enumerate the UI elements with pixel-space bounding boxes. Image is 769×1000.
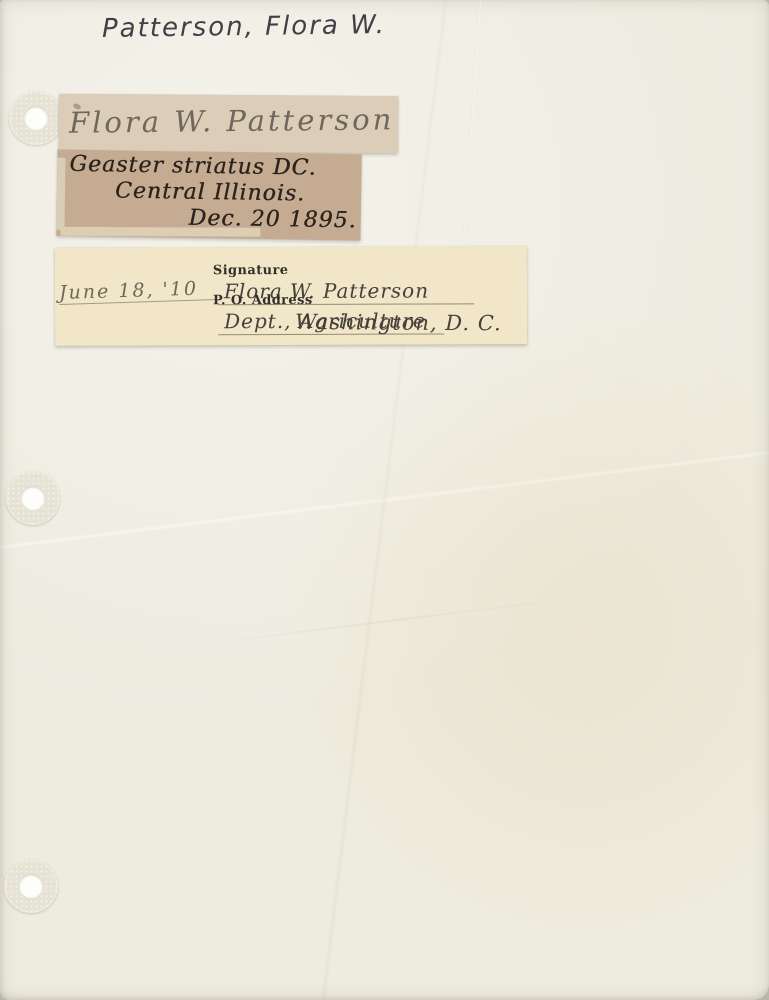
- hole-punch-reinforcement-top: [9, 91, 63, 145]
- paper-crease: [461, 0, 482, 260]
- specimen-name-handwriting: Geaster striatus DC.: [69, 152, 317, 181]
- torn-paper-edge: [56, 158, 65, 230]
- form-date-handwriting: June 18, '10: [59, 277, 218, 305]
- pasted-signature-form-slip: June 18, '10 SignatureFlora W. Patterson…: [55, 246, 527, 346]
- signature-label: Signature: [213, 263, 289, 278]
- punch-hole: [19, 874, 43, 898]
- name-slip-signature-handwriting: Flora W. Patterson: [69, 102, 395, 139]
- pasted-specimen-slip: Geaster striatus DC. Central Illinois. D…: [56, 150, 361, 241]
- hole-punch-reinforcement-bottom: [4, 859, 58, 913]
- hole-punch-reinforcement-middle: [6, 471, 60, 525]
- pasted-name-slip: Flora W. Patterson: [59, 94, 398, 153]
- specimen-locality-handwriting: Central Illinois.: [115, 179, 305, 207]
- album-page-paper: Patterson, Flora W. Flora W. Patterson G…: [0, 0, 769, 1000]
- address-city-handwriting: Washington, D. C.: [295, 310, 502, 335]
- paper-crease: [181, 594, 598, 647]
- address-label: P. O. Address: [213, 293, 313, 308]
- specimen-date-handwriting: Dec. 20 1895.: [188, 206, 356, 234]
- punch-hole: [21, 486, 45, 510]
- punch-hole: [24, 106, 48, 130]
- page-header-handwriting: Patterson, Flora W.: [102, 10, 386, 44]
